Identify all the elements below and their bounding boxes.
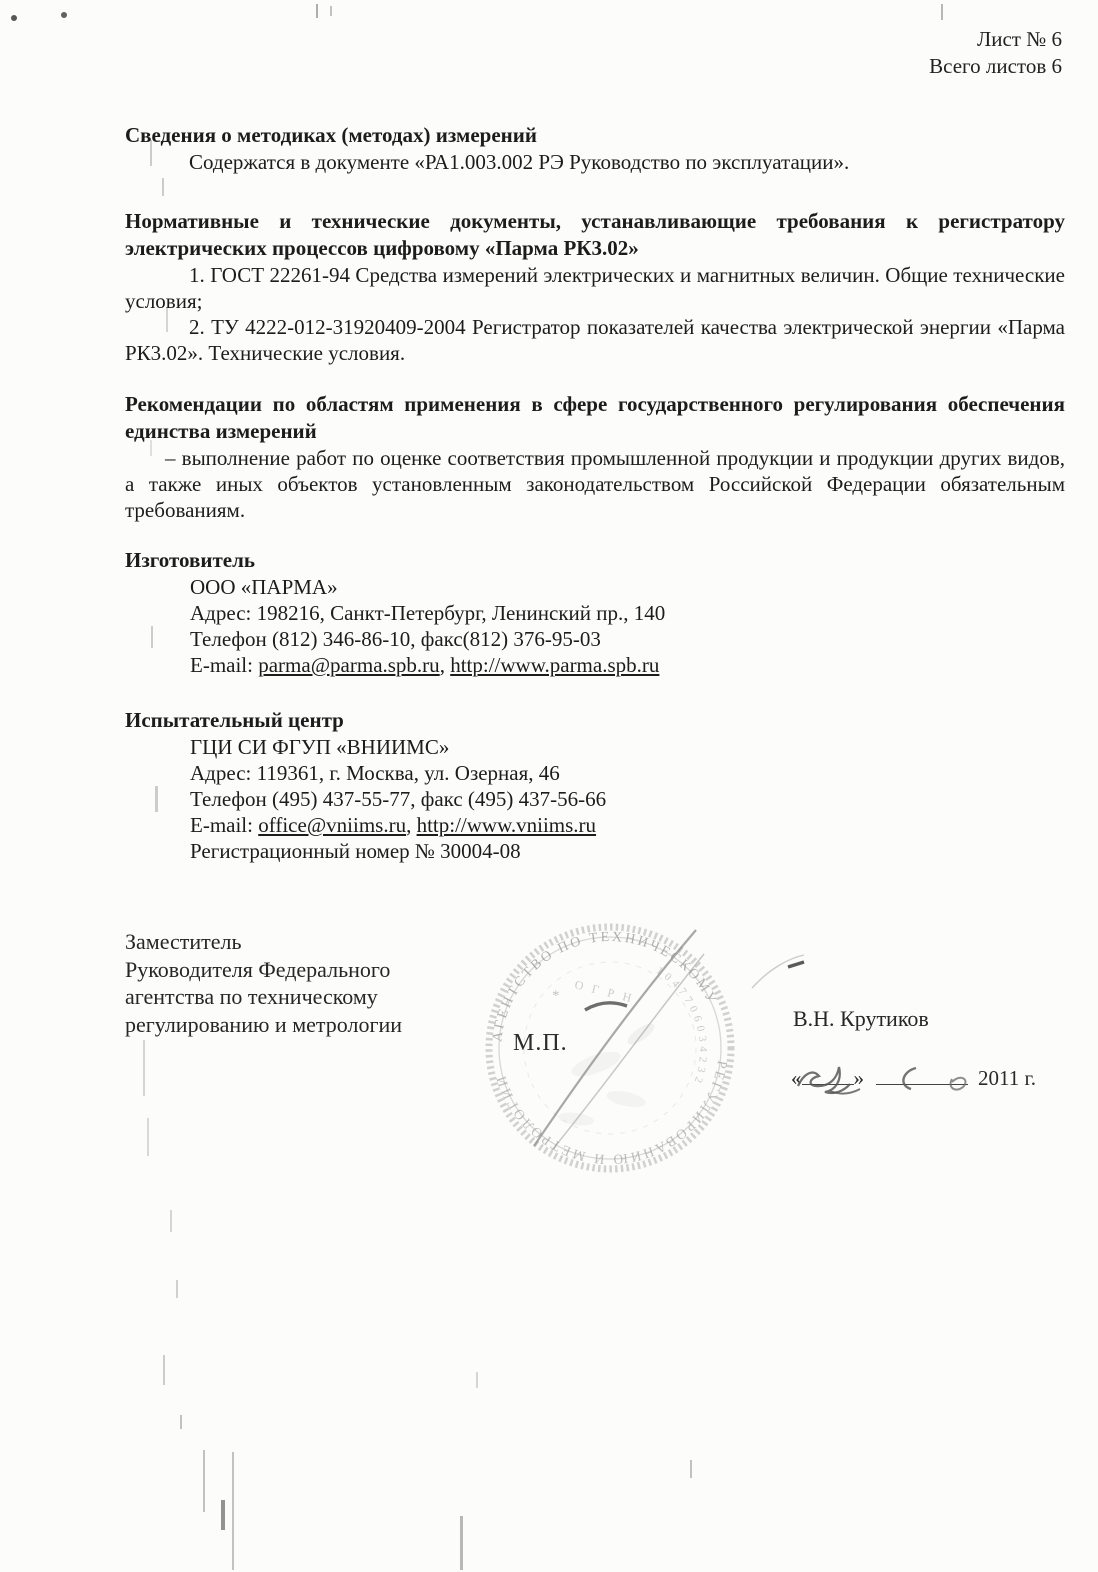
manufacturer-website-link: http://www.parma.spb.ru (450, 653, 659, 677)
section-manufacturer: Изготовитель ООО «ПАРМА» Адрес: 198216, … (125, 547, 1065, 678)
section-normative-documents: Нормативные и технические документы, уст… (125, 208, 1065, 366)
section-heading: Рекомендации по областям применения в сф… (125, 391, 1065, 445)
signatory-title: Заместитель Руководителя Федерального аг… (125, 928, 402, 1038)
year-label: 2011 г. (978, 1066, 1036, 1090)
manufacturer-phone: Телефон (812) 346-86-10, факс(812) 376-9… (190, 626, 1065, 652)
scan-artifact (151, 626, 153, 648)
open-quote: « (791, 1066, 802, 1090)
signatory-title-line: Руководителя Федерального (125, 956, 402, 984)
scan-artifact (170, 1210, 172, 1232)
manufacturer-address: Адрес: 198216, Санкт-Петербург, Ленински… (190, 600, 1065, 626)
scan-artifact (690, 1460, 692, 1478)
scan-artifact (221, 1500, 225, 1530)
registration-number: Регистрационный номер № 30004-08 (190, 838, 1065, 864)
scan-artifact (162, 178, 164, 196)
signatory-title-line: регулированию и метрологии (125, 1011, 402, 1039)
pen-flick (752, 955, 804, 988)
scan-artifact (941, 4, 943, 20)
section-heading: Сведения о методиках (методах) измерений (125, 122, 1065, 149)
section-heading: Испытательный центр (125, 707, 1065, 734)
close-quote: » (854, 1066, 865, 1090)
scan-artifact (176, 1280, 178, 1298)
list-item: 2. ТУ 4222-012-31920409-2004 Регистратор… (125, 314, 1065, 366)
section-paragraph: – выполнение работ по оценке соответстви… (125, 445, 1065, 523)
separator: , (406, 813, 417, 837)
month-blank (876, 1062, 968, 1085)
scan-artifact (316, 4, 318, 18)
scan-artifact (143, 1040, 145, 1096)
scan-artifact (330, 6, 332, 16)
test-center-address: Адрес: 119361, г. Москва, ул. Озерная, 4… (190, 760, 1065, 786)
list-item: 1. ГОСТ 22261-94 Средства измерений элек… (125, 262, 1065, 314)
scan-artifact (150, 440, 152, 456)
scan-artifact (180, 1415, 182, 1429)
email-label: E-mail: (190, 813, 258, 837)
signatory-title-line: агентства по техническому (125, 983, 402, 1011)
pen-dash (788, 962, 804, 967)
separator: , (440, 653, 451, 677)
manufacturer-email-line: E-mail: parma@parma.spb.ru, http://www.p… (190, 652, 1065, 678)
section-recommendations: Рекомендации по областям применения в сф… (125, 391, 1065, 523)
sheet-header: Лист № 6 Всего листов 6 (929, 26, 1062, 80)
scan-artifact (11, 15, 17, 21)
test-center-name: ГЦИ СИ ФГУП «ВНИИМС» (190, 734, 1065, 760)
stamp-ogrn-text: ОГРН (573, 977, 641, 1007)
signature-date-line: «»2011 г. (791, 1062, 1036, 1091)
section-test-center: Испытательный центр ГЦИ СИ ФГУП «ВНИИМС»… (125, 707, 1065, 864)
scan-artifact (460, 1516, 463, 1570)
scan-artifact (203, 1450, 205, 1512)
stamp-star-mark: * (552, 988, 560, 1004)
test-center-email-link: office@vniims.ru (258, 813, 406, 837)
scanned-document-page: Лист № 6 Всего листов 6 Сведения о метод… (0, 0, 1098, 1572)
total-sheets: Всего листов 6 (929, 53, 1062, 80)
email-label: E-mail: (190, 653, 258, 677)
test-center-email-line: E-mail: office@vniims.ru, http://www.vni… (190, 812, 1065, 838)
scan-artifact (163, 1355, 165, 1385)
section-measurement-methods: Сведения о методиках (методах) измерений… (125, 122, 1065, 175)
scan-artifact (155, 786, 158, 812)
manufacturer-name: ООО «ПАРМА» (190, 574, 1065, 600)
section-heading: Изготовитель (125, 547, 1065, 574)
scan-artifact (166, 308, 168, 332)
scan-artifact (150, 140, 152, 166)
test-center-phone: Телефон (495) 437-55-77, факс (495) 437-… (190, 786, 1065, 812)
scan-artifact (232, 1452, 234, 1570)
manufacturer-email-link: parma@parma.spb.ru (258, 653, 439, 677)
sheet-number: Лист № 6 (929, 26, 1062, 53)
scan-artifact (476, 1372, 478, 1388)
scan-artifact (147, 1118, 149, 1156)
document-body: Сведения о методиках (методах) измерений… (125, 122, 1065, 864)
section-paragraph: Содержатся в документе «РА1.003.002 РЭ Р… (125, 149, 1065, 175)
signatory-name: В.Н. Крутиков (793, 1006, 929, 1032)
place-of-seal-label: М.П. (513, 1030, 568, 1057)
day-blank (802, 1062, 854, 1085)
signatory-title-line: Заместитель (125, 928, 402, 956)
scan-artifact (61, 12, 67, 18)
section-heading: Нормативные и технические документы, уст… (125, 208, 1065, 262)
test-center-website-link: http://www.vniims.ru (417, 813, 596, 837)
